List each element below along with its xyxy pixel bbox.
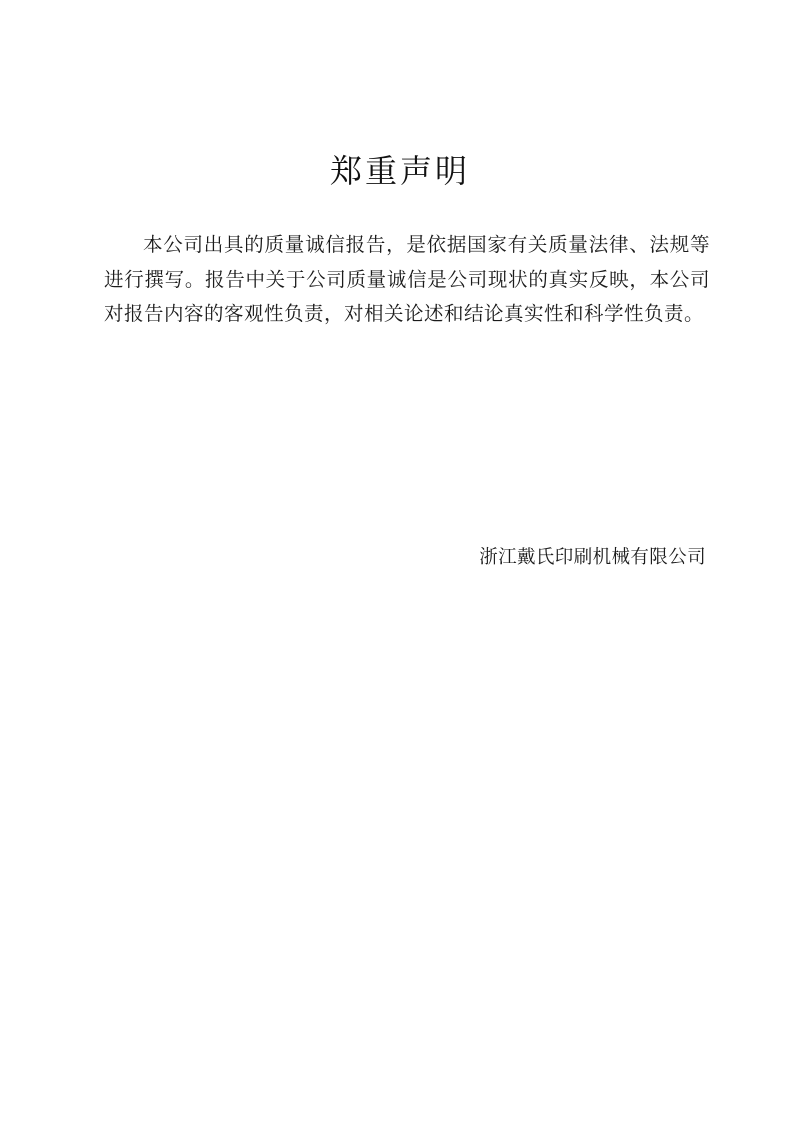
document-page: 郑重声明 本公司出具的质量诚信报告，是依据国家有关质量法律、法规等进行撰写。报告…	[0, 0, 800, 1132]
declaration-paragraph: 本公司出具的质量诚信报告，是依据国家有关质量法律、法规等进行撰写。报告中关于公司…	[104, 228, 710, 332]
company-signature: 浙江戴氏印刷机械有限公司	[479, 543, 706, 573]
page-title: 郑重声明	[0, 149, 800, 193]
